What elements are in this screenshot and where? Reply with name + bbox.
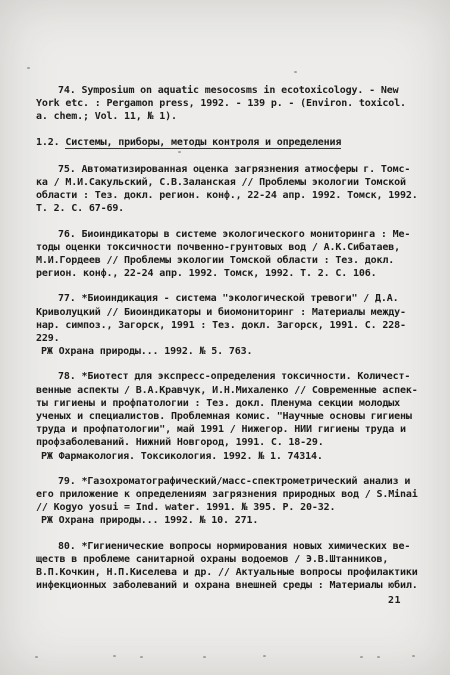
entry-line: Т. 2. С. 67-69.: [36, 202, 432, 215]
bib-entry-77: 77. *Биоиндикация - система "экологическ…: [36, 292, 432, 358]
entry-line: ученых и специалистов. Проблемная комис.…: [36, 410, 432, 423]
entry-line: регион. конф., 22-24 апр. 1992. Томск, 1…: [36, 267, 432, 280]
entry-line: York etc. : Pergamon press, 1992. - 139 …: [36, 97, 432, 110]
entry-line: Криволуцкий // Биоиндикаторы и биомонито…: [36, 306, 432, 319]
scan-artifact: [35, 656, 38, 658]
bib-entry-80: 80. *Гигиенические вопросы нормирования …: [36, 540, 432, 593]
bib-entry-78: 78. *Биотест для экспресс-определения то…: [36, 370, 432, 462]
entry-line: 75. Автоматизированная оценка загрязнени…: [36, 163, 432, 176]
entry-line: ществ в проблеме санитарной охраны водое…: [36, 553, 432, 566]
scan-artifact: [27, 67, 30, 69]
abstract-journal-ref: РЖ Фармакология. Токсикология. 1992. № 1…: [36, 450, 432, 463]
scan-artifact: [178, 151, 181, 153]
abstract-journal-ref: РЖ Охрана природы... 1992. № 5. 763.: [36, 345, 432, 358]
entry-line: 80. *Гигиенические вопросы нормирования …: [36, 540, 432, 553]
entry-line: области : Тез. докл. регион. конф., 22-2…: [36, 189, 432, 202]
entry-line: ка / М.И.Сакульский, С.В.Заланская // Пр…: [36, 176, 432, 189]
scan-artifact: [412, 655, 415, 657]
bib-entry-74: 74. Symposium on aquatic mesocosms in ec…: [36, 84, 432, 124]
entry-line: 229.: [36, 332, 432, 345]
scan-artifact: [377, 656, 380, 658]
entry-line: тоды оценки токсичности почвенно-грунтов…: [36, 241, 432, 254]
abstract-journal-ref: РЖ Охрана природы... 1992. № 10. 271.: [36, 514, 432, 527]
entry-line: // Kogyo yosui = Ind. water. 1991. № 395…: [36, 501, 432, 514]
bibliography-text-block: 74. Symposium on aquatic mesocosms in ec…: [36, 84, 432, 605]
scan-artifact: [203, 656, 206, 658]
entry-line: a. chem.; Vol. 11, № 1).: [36, 110, 432, 123]
section-heading: 1.2. Системы, приборы, методы контроля и…: [36, 136, 432, 149]
entry-line: его приложение к определениям загрязнени…: [36, 488, 432, 501]
scan-artifact: [140, 656, 143, 658]
bib-entry-76: 76. Биоиндикаторы в системе экологическо…: [36, 228, 432, 281]
entry-line: 77. *Биоиндикация - система "экологическ…: [36, 292, 432, 305]
entry-line: ты гигиены и профпатологии : Тез. докл. …: [36, 397, 432, 410]
page-number: 21: [388, 595, 401, 606]
entry-line: 74. Symposium on aquatic mesocosms in ec…: [36, 84, 432, 97]
bib-entry-75: 75. Автоматизированная оценка загрязнени…: [36, 163, 432, 216]
scanned-document-page: 74. Symposium on aquatic mesocosms in ec…: [0, 0, 450, 675]
scan-artifact: [263, 655, 266, 657]
entry-line: профзаболеваний. Нижний Новгород, 1991. …: [36, 436, 432, 449]
scan-artifact: [294, 71, 297, 73]
scan-artifact: [360, 656, 363, 658]
bib-entry-79: 79. *Газохроматографический/масс-спектро…: [36, 475, 432, 528]
entry-line: инфекционных заболеваний и охрана внешне…: [36, 579, 432, 592]
entry-line: нар. симпоз., Загорск, 1991 : Тез. докл.…: [36, 319, 432, 332]
scan-artifact: [113, 655, 116, 657]
entry-line: М.И.Гордеев // Проблемы экологии Томской…: [36, 254, 432, 267]
section-number: 1.2.: [36, 137, 59, 148]
entry-line: венные аспекты / В.А.Кравчук, И.Н.Михале…: [36, 384, 432, 397]
entry-line: 79. *Газохроматографический/масс-спектро…: [36, 475, 432, 488]
entry-line: труда и профпатологии", май 1991 / Нижег…: [36, 423, 432, 436]
entry-line: В.П.Кочкин, Н.П.Киселева и др. // Актуал…: [36, 566, 432, 579]
entry-line: 76. Биоиндикаторы в системе экологическо…: [36, 228, 432, 241]
entry-line: 78. *Биотест для экспресс-определения то…: [36, 370, 432, 383]
section-title: Системы, приборы, методы контроля и опре…: [65, 137, 341, 150]
